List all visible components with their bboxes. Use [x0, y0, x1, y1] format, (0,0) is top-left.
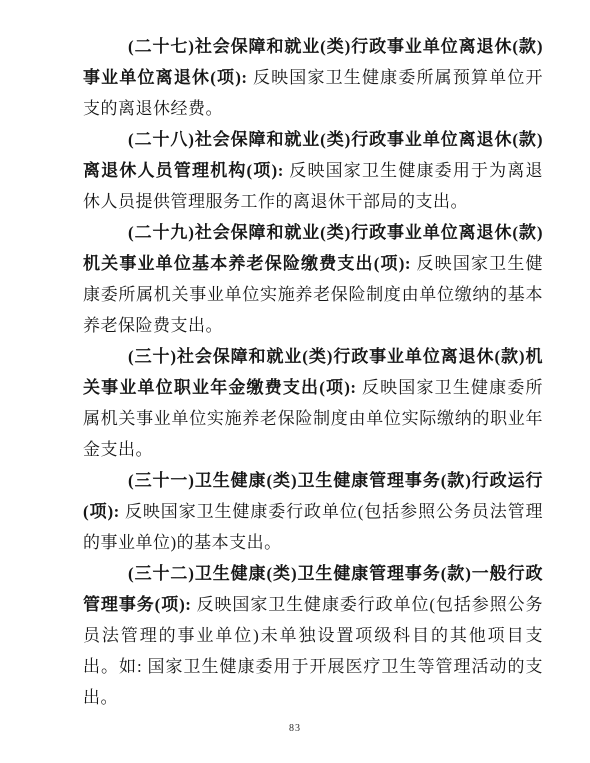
paragraph-31-body: 反映国家卫生健康委行政单位(包括参照公务员法管理的事业单位)的基本支出。 — [83, 502, 543, 552]
paragraph-30: (三十)社会保障和就业(类)行政事业单位离退休(款)机关事业单位职业年金缴费支出… — [83, 341, 543, 465]
document-body: (二十七)社会保障和就业(类)行政事业单位离退休(款)事业单位离退休(项): 反… — [83, 31, 543, 713]
paragraph-29: (二十九)社会保障和就业(类)行政事业单位离退休(款)机关事业单位基本养老保险缴… — [83, 217, 543, 341]
paragraph-31: (三十一)卫生健康(类)卫生健康管理事务(款)行政运行(项): 反映国家卫生健康… — [83, 465, 543, 558]
page-number: 83 — [0, 723, 590, 734]
document-page: (二十七)社会保障和就业(类)行政事业单位离退休(款)事业单位离退休(项): 反… — [0, 0, 590, 763]
paragraph-27: (二十七)社会保障和就业(类)行政事业单位离退休(款)事业单位离退休(项): 反… — [83, 31, 543, 124]
paragraph-32: (三十二)卫生健康(类)卫生健康管理事务(款)一般行政管理事务(项): 反映国家… — [83, 558, 543, 713]
paragraph-28: (二十八)社会保障和就业(类)行政事业单位离退休(款)离退休人员管理机构(项):… — [83, 124, 543, 217]
